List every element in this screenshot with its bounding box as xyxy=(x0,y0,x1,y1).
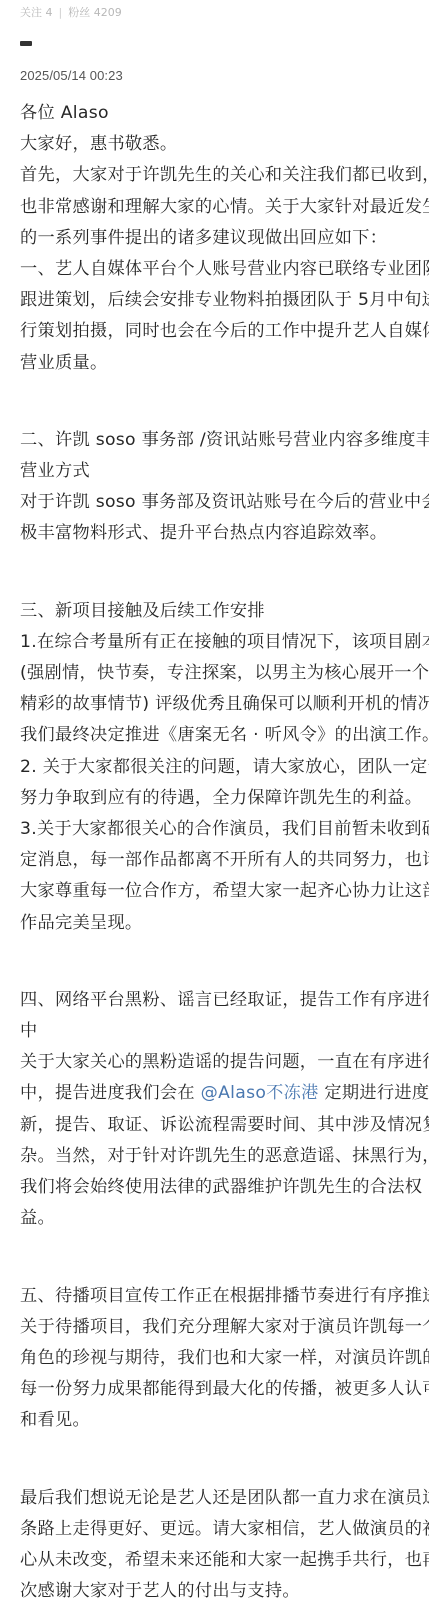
post-timestamp: 2025/05/14 00:23 xyxy=(20,68,123,83)
section3-line: 大家尊重每一位合作方，希望大家一起齐心协力让这部 xyxy=(20,876,415,907)
fans-label: 粉丝 xyxy=(68,6,90,19)
closing-line: 心从未改变，希望未来还能和大家一起携手共行，也再 xyxy=(20,1545,415,1576)
section4-line-with-mention: 中，提告进度我们会在 @Alaso不冻港 定期进行进度更 xyxy=(20,1078,415,1109)
intro-line: 也非常感谢和理解大家的心情。关于大家针对最近发生 xyxy=(20,192,415,223)
section3-line: 努力争取到应有的待遇，全力保障许凯先生的利益。 xyxy=(20,783,415,814)
section5-line: 每一份努力成果都能得到最大化的传播，被更多人认可 xyxy=(20,1374,415,1405)
section1-line: 跟进策划，后续会安排专业物料拍摄团队于 5月中旬进 xyxy=(20,285,415,316)
section4-line: 益。 xyxy=(20,1203,415,1234)
section4-line: 杂。当然，对于针对许凯先生的恶意造谣、抹黑行为， xyxy=(20,1141,415,1172)
section3-line: 定消息，每一部作品都离不开所有人的共同努力，也请 xyxy=(20,845,415,876)
section1-line: 一、艺人自媒体平台个人账号营业内容已联络专业团队 xyxy=(20,254,415,285)
section3-line: 1.在综合考量所有正在接触的项目情况下，该项目剧本 xyxy=(20,627,415,658)
section3-line: (强剧情，快节奏，专注探案，以男主为核心展开一个个 xyxy=(20,658,415,689)
section1-line: 行策划拍摄，同时也会在今后的工作中提升艺人自媒体 xyxy=(20,316,415,347)
mention-link[interactable]: @Alaso不冻港 xyxy=(201,1083,319,1103)
paragraph-gap xyxy=(20,1235,415,1281)
section3-line: 作品完美呈现。 xyxy=(20,908,415,939)
closing-line: 最后我们想说无论是艺人还是团队都一直力求在演员这 xyxy=(20,1483,415,1514)
post-page: 关注 4 | 粉丝 4209 2025/05/14 00:23 各位 Alaso… xyxy=(0,0,429,1600)
paragraph-gap xyxy=(20,1437,415,1483)
section5-title: 五、待播项目宣传工作正在根据排播节奏进行有序推进 xyxy=(20,1281,415,1312)
following-stat[interactable]: 关注 4 xyxy=(20,4,53,20)
post-body: 各位 Alaso 大家好，惠书敬悉。 首先，大家对于许凯先生的关心和关注我们都已… xyxy=(20,98,415,1600)
section3-line: 2. 关于大家都很关注的问题，请大家放心，团队一定会 xyxy=(20,752,415,783)
section5-line: 关于待播项目，我们充分理解大家对于演员许凯每一个 xyxy=(20,1312,415,1343)
section2-title: 二、许凯 soso 事务部 /资讯站账号营业内容多维度丰富 xyxy=(20,425,415,456)
closing-line: 次感谢大家对于艺人的付出与支持。 xyxy=(20,1576,415,1600)
closing-line: 条路上走得更好、更远。请大家相信，艺人做演员的初 xyxy=(20,1514,415,1545)
section4-text: 中，提告进度我们会在 xyxy=(20,1083,201,1103)
intro-line: 的一系列事件提出的诸多建议现做出回应如下： xyxy=(20,223,415,254)
section4-line: 新，提告、取证、诉讼流程需要时间、其中涉及情况复 xyxy=(20,1110,415,1141)
section3-title: 三、新项目接触及后续工作安排 xyxy=(20,596,415,627)
fans-stat[interactable]: 粉丝 4209 xyxy=(68,4,122,20)
following-label: 关注 xyxy=(20,6,42,19)
profile-stats: 关注 4 | 粉丝 4209 xyxy=(20,4,122,20)
stats-separator: | xyxy=(59,6,63,19)
section2-line: 对于许凯 soso 事务部及资讯站账号在今后的营业中会积 xyxy=(20,487,415,518)
greeting: 大家好，惠书敬悉。 xyxy=(20,129,415,160)
section4-line: 我们将会始终使用法律的武器维护许凯先生的合法权 xyxy=(20,1172,415,1203)
section5-line: 和看见。 xyxy=(20,1405,415,1436)
salutation: 各位 Alaso xyxy=(20,98,415,129)
section4-title: 中 xyxy=(20,1016,415,1047)
section2-title: 营业方式 xyxy=(20,456,415,487)
intro-line: 首先，大家对于许凯先生的关心和关注我们都已收到， xyxy=(20,160,415,191)
paragraph-gap xyxy=(20,379,415,425)
author-dash-mark xyxy=(20,41,32,46)
section1-line: 营业质量。 xyxy=(20,348,415,379)
following-count: 4 xyxy=(46,6,53,19)
fans-count: 4209 xyxy=(94,6,122,19)
paragraph-gap xyxy=(20,939,415,985)
section3-line: 精彩的故事情节) 评级优秀且确保可以顺利开机的情况, xyxy=(20,689,415,720)
section3-line: 3.关于大家都很关心的合作演员，我们目前暂未收到确 xyxy=(20,814,415,845)
section3-line: 我们最终决定推进《唐案无名 · 听风令》的出演工作。 xyxy=(20,720,415,751)
section4-text: 定期进行进度更 xyxy=(319,1083,429,1103)
section2-line: 极丰富物料形式、提升平台热点内容追踪效率。 xyxy=(20,518,415,549)
section4-title: 四、网络平台黑粉、谣言已经取证，提告工作有序进行 xyxy=(20,985,415,1016)
section5-line: 角色的珍视与期待，我们也和大家一样，对演员许凯的 xyxy=(20,1343,415,1374)
section4-line: 关于大家关心的黑粉造谣的提告问题，一直在有序进行 xyxy=(20,1047,415,1078)
paragraph-gap xyxy=(20,550,415,596)
